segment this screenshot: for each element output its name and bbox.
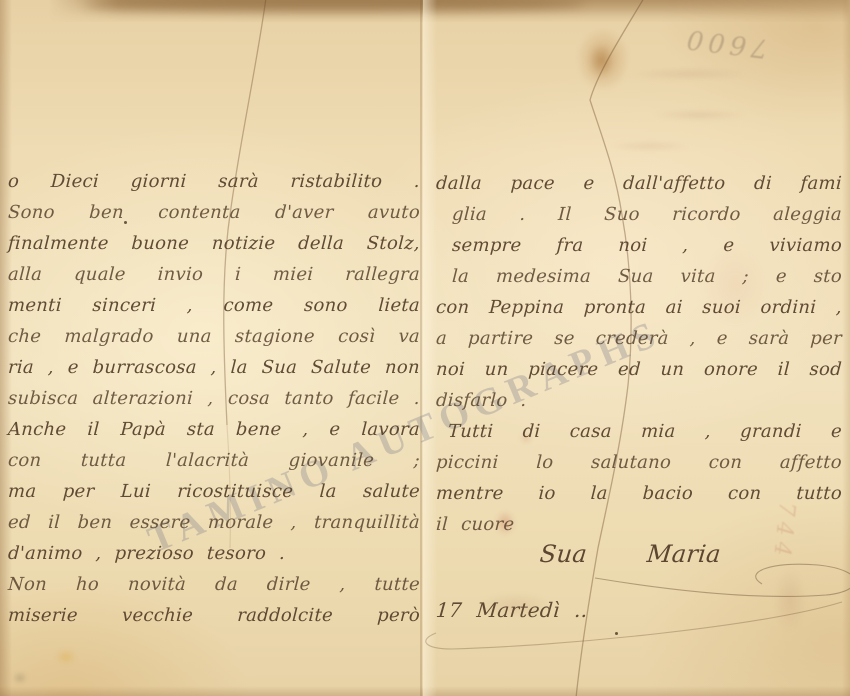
letter-line: Anche il Papà sta bene , e lavora (7, 414, 421, 445)
signature-flourish (595, 564, 850, 596)
letter-line: il cuore (435, 509, 843, 540)
signature: Sua Maria (539, 540, 802, 568)
bleedthrough-mark (600, 140, 700, 152)
letter-line: a partire se crederà , e sarà per (435, 323, 843, 354)
letter-line: alla quale invio i miei rallegra (7, 259, 421, 290)
letter-scan: TAMINO AUTOGRAPHS 7600 744 o Dieci giorn… (0, 0, 850, 696)
letter-line: menti sinceri , come sono lieta (7, 290, 421, 321)
ink-speck (615, 632, 618, 635)
letter-line: Tutti di casa mia , grandi e (435, 416, 843, 447)
letter-line: d'animo , prezioso tesoro . (7, 538, 421, 569)
date-line: 17 Martedì .. (435, 598, 637, 622)
bleedthrough-mark (640, 108, 760, 122)
letter-line: piccini lo salutano con affetto (435, 447, 843, 478)
letter-line: che malgrado una stagione così va (7, 321, 421, 352)
letter-line: con Peppina pronta ai suoi ordini , (435, 292, 843, 323)
right-edge-shade (842, 0, 850, 696)
letter-line: con tutta l'alacrità giovanile ; (7, 445, 421, 476)
letter-line: ma per Lui ricostituisce la salute (7, 476, 421, 507)
letter-line: glia . Il Suo ricordo aleggia (435, 199, 843, 230)
letter-line: mentre io la bacio con tutto (435, 478, 843, 509)
right-page-text: dalla pace e dall'affetto di fami glia .… (436, 168, 842, 540)
letter-line: miserie vecchie raddolcite però (7, 600, 421, 631)
letter-line: subisca alterazioni , cosa tanto facile … (7, 383, 421, 414)
left-page-text: o Dieci giorni sarà ristabilito . Sono b… (8, 166, 420, 631)
letter-line: la medesima Sua vita ; e sto (435, 261, 843, 292)
letter-line: finalmente buone notizie della Stolz, (7, 228, 421, 259)
letter-line: dalla pace e dall'affetto di fami (435, 168, 843, 199)
letter-line: noi un piacere ed un onore il sod (435, 354, 843, 385)
letter-line: ed il ben essere morale , tranquillità (7, 507, 421, 538)
stain (584, 38, 618, 84)
letter-line: sempre fra noi , e viviamo (435, 230, 843, 261)
stain (10, 670, 30, 686)
letter-line: ria , e burrascosa , la Sua Salute non (7, 352, 421, 383)
stain (52, 646, 80, 668)
letter-line: Non ho novità da dirle , tutte (7, 569, 421, 600)
letter-line: Sono ben contenta d'aver avuto (7, 197, 421, 228)
bleedthrough-mark (612, 66, 762, 82)
pencil-number-annotation: 7600 (654, 20, 797, 67)
letter-line: disfarlo . (435, 385, 843, 416)
letter-line: o Dieci giorni sarà ristabilito . (7, 166, 421, 197)
